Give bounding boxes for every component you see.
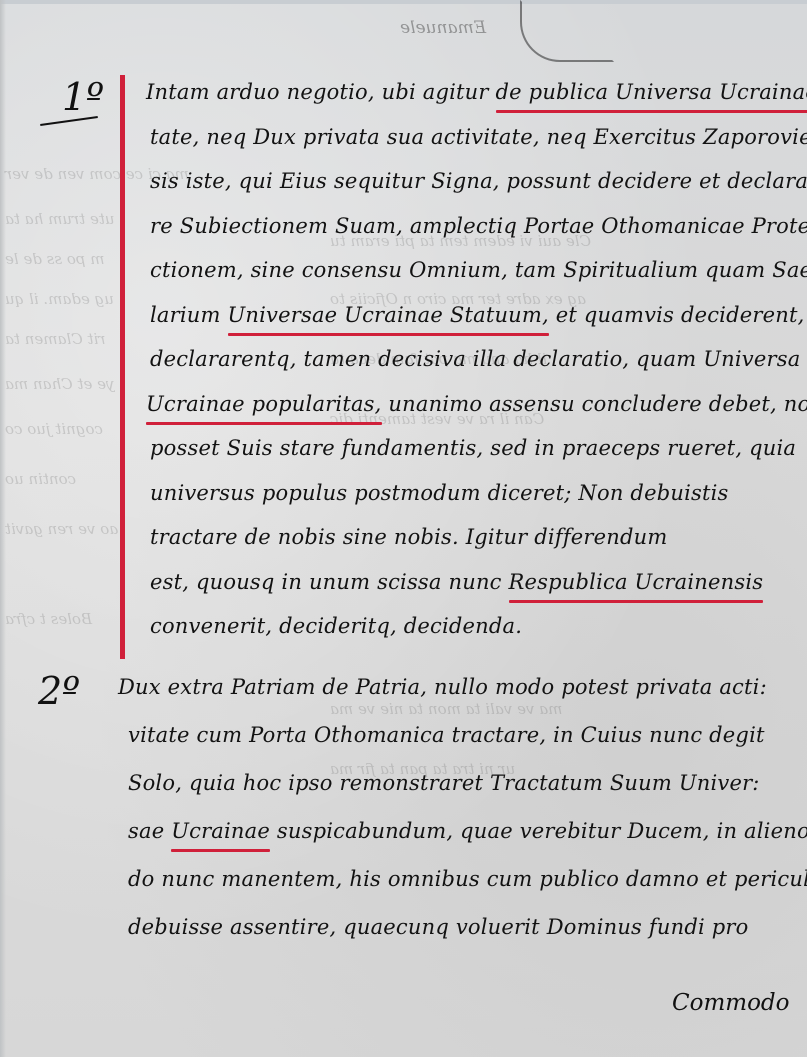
red-underlined-phrase: Ucrainae popularitas, xyxy=(146,392,382,416)
manuscript-line: Dux extra Patriam de Patria, nullo modo … xyxy=(118,675,767,699)
line-text: sis iste, qui Eius sequitur Signa, possu… xyxy=(150,169,807,193)
section-number-2: 2º xyxy=(38,672,80,710)
bleed-through-text: m po ss de le xyxy=(5,250,104,268)
red-underlined-phrase: de publica Universa Ucrainae xyxy=(496,80,807,104)
manuscript-line: vitate cum Porta Othomanica tractare, in… xyxy=(128,723,765,747)
red-underlined-phrase: Respublica Ucrainensis xyxy=(509,570,764,594)
line-text: re Subiectionem Suam, amplectiq Portae O… xyxy=(150,214,807,238)
line-text: Intam arduo negotio, ubi agitur xyxy=(146,80,496,104)
line-text: ctionem, sine consensu Omnium, tam Spiri… xyxy=(150,258,807,282)
bleed-through-text: contin uo xyxy=(5,470,76,488)
red-underlined-phrase: Universae Ucrainae Statuum, xyxy=(228,303,549,327)
line-text: declararentq, tamen decisiva illa declar… xyxy=(150,347,800,371)
section-number-label: 2º xyxy=(38,669,80,713)
bleed-through-text: ye et Chan ma xyxy=(5,375,114,393)
manuscript-line: Ucrainae popularitas, unanimo assensu co… xyxy=(146,392,807,416)
ink-flourish xyxy=(520,0,614,62)
line-text: et quamvis deciderent, xyxy=(549,303,805,327)
manuscript-line: tate, neq Dux privata sua activitate, ne… xyxy=(150,125,807,149)
scan-edge-top xyxy=(0,0,807,4)
section-number-label: 1º xyxy=(62,75,104,119)
bleed-through-heading: Emanuele xyxy=(400,18,486,38)
section-2-text: Dux extra Patriam de Patria, nullo modo … xyxy=(118,675,807,1015)
manuscript-line: universus populus postmodum diceret; Non… xyxy=(150,481,729,505)
red-margin-bar xyxy=(120,75,125,659)
line-text: tractare de nobis sine nobis. Igitur dif… xyxy=(150,525,668,549)
manuscript-line: Solo, quia hoc ipso remonstraret Tractat… xyxy=(128,771,760,795)
line-text: est, quousq in unum scissa nunc xyxy=(150,570,509,594)
line-text: convenerit, decideritq, decidenda. xyxy=(150,614,522,638)
line-text: sae xyxy=(128,819,171,843)
line-text: universus populus postmodum diceret; Non… xyxy=(150,481,729,505)
bleed-through-text: ao ve ren gavit xyxy=(5,520,118,538)
catchword: Commodo xyxy=(672,990,789,1016)
manuscript-line: sis iste, qui Eius sequitur Signa, possu… xyxy=(150,169,807,193)
red-underlined-phrase: Ucrainae xyxy=(171,819,270,843)
bleed-through-text: ug edam. il qu xyxy=(5,290,114,308)
bleed-through-text: Boles t cfra xyxy=(5,610,92,628)
bleed-through-text: cognit juo co xyxy=(5,420,103,438)
line-text: Dux extra Patriam de Patria, nullo modo … xyxy=(118,675,767,699)
section-number-1: 1º xyxy=(62,78,104,116)
line-text: do nunc manentem, his omnibus cum public… xyxy=(128,867,807,891)
manuscript-line: ctionem, sine consensu Omnium, tam Spiri… xyxy=(150,258,807,282)
manuscript-line: debuisse assentire, quaecunq voluerit Do… xyxy=(128,915,749,939)
manuscript-line: convenerit, decideritq, decidenda. xyxy=(150,614,522,638)
bleed-through-text: ute trum ha ta xyxy=(5,210,115,228)
manuscript-page: Emanuele ma ci ce com ven de ver ute tru… xyxy=(0,0,807,1057)
manuscript-line: larium Universae Ucrainae Statuum, et qu… xyxy=(150,303,804,327)
line-text: tate, neq Dux privata sua activitate, ne… xyxy=(150,125,807,149)
line-text: vitate cum Porta Othomanica tractare, in… xyxy=(128,723,765,747)
line-text: posset Suis stare fundamentis, sed in pr… xyxy=(150,436,796,460)
manuscript-line: sae Ucrainae suspicabundum, quae verebit… xyxy=(128,819,807,843)
manuscript-line: est, quousq in unum scissa nunc Respubli… xyxy=(150,570,763,594)
manuscript-line: Intam arduo negotio, ubi agitur de publi… xyxy=(146,80,807,104)
bleed-through-text: rit Clamen ta xyxy=(5,330,105,348)
line-text: unanimo assensu concludere debet, non xyxy=(382,392,807,416)
line-text: larium xyxy=(150,303,228,327)
line-text: suspicabundum, quae verebitur Ducem, in … xyxy=(270,819,807,843)
line-text: debuisse assentire, quaecunq voluerit Do… xyxy=(128,915,749,939)
line-text: Solo, quia hoc ipso remonstraret Tractat… xyxy=(128,771,760,795)
manuscript-line: tractare de nobis sine nobis. Igitur dif… xyxy=(150,525,668,549)
section-1-text: Intam arduo negotio, ubi agitur de publi… xyxy=(146,80,806,660)
manuscript-line: posset Suis stare fundamentis, sed in pr… xyxy=(150,436,796,460)
manuscript-line: re Subiectionem Suam, amplectiq Portae O… xyxy=(150,214,807,238)
manuscript-line: declararentq, tamen decisiva illa declar… xyxy=(150,347,800,371)
manuscript-line: do nunc manentem, his omnibus cum public… xyxy=(128,867,807,891)
